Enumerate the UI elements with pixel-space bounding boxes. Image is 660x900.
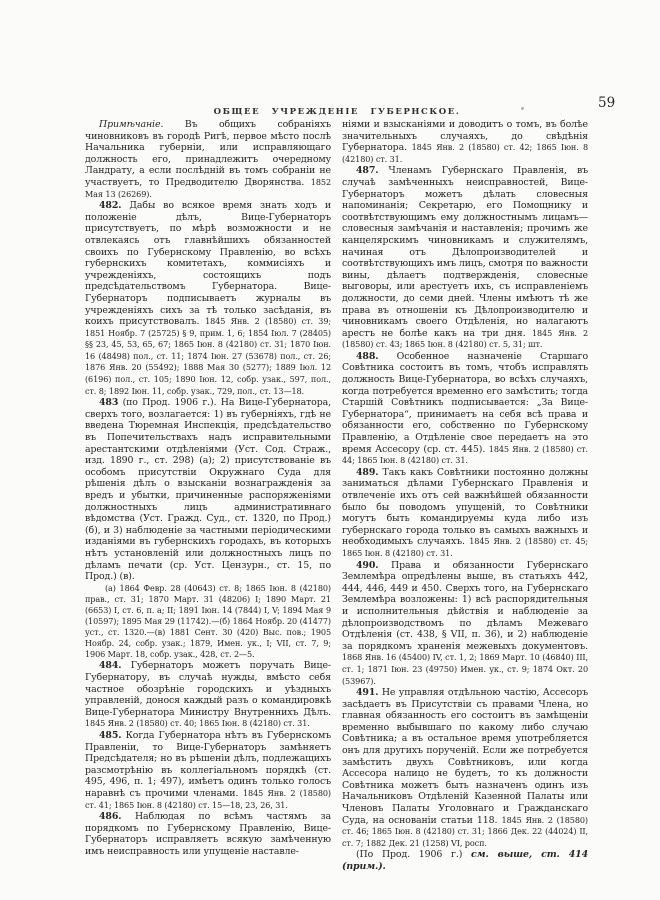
text-segment: Особенное назначеніе Старшаго Совѣтника …	[342, 351, 588, 455]
paragraph: (а) 1864 Февр. 28 (40643) ст. 8; 1865 Ію…	[85, 583, 331, 661]
paragraph: 486. Наблюдая по всѣмъ частямъ за порядк…	[85, 811, 331, 857]
paragraph: 485. Когда Губернатора нѣтъ въ Губернско…	[85, 730, 331, 811]
paragraph: 488. Особенное назначеніе Старшаго Совѣт…	[342, 351, 588, 467]
text-segment: 485.	[99, 730, 121, 741]
text-segment: 490.	[356, 560, 378, 571]
paragraph: ніями и взысканіями и доводитъ о томъ, в…	[342, 119, 588, 165]
text-segment: 488.	[356, 351, 378, 362]
text-segment: 486.	[99, 811, 121, 822]
text-segment: 491.	[356, 687, 378, 698]
text-segment: Дабы во всякое время знать ходъ и положе…	[85, 200, 331, 327]
text-segment: 1845 Янв. 2 (18580) ст. 39; 1851 Ноябр. …	[85, 316, 331, 396]
page-number: 59	[598, 95, 615, 111]
paragraph: 489. Такъ какъ Совѣтники постоянно должн…	[342, 467, 588, 560]
paragraph: 491. Не управляя отдѣльною частію, Ассес…	[342, 687, 588, 849]
text-columns: Примѣчаніе. Въ общихъ собраніяхъ чиновни…	[85, 119, 589, 883]
text-segment: (По Прод. 1906 г.)	[356, 849, 471, 860]
text-segment: Такъ какъ Совѣтники постоянно должны зан…	[342, 467, 588, 548]
right-column: ніями и взысканіями и доводитъ о томъ, в…	[342, 119, 588, 883]
text-segment: 482.	[99, 200, 121, 211]
scan-speck	[521, 107, 524, 110]
text-segment: Примѣчаніе.	[99, 119, 163, 130]
text-segment: 487.	[356, 165, 378, 176]
text-segment: (по Прод. 1906 г.). На Вице-Губернатора,…	[85, 397, 331, 582]
text-segment: Не управляя отдѣльною частію, Ассесоръ з…	[342, 687, 588, 826]
paragraph: 483 (по Прод. 1906 г.). На Вице-Губернат…	[85, 397, 331, 583]
text-segment: 489.	[356, 467, 378, 478]
paragraph: (По Прод. 1906 г.) см. выше, ст. 414 (пр…	[342, 849, 588, 872]
text-segment: (а) 1864 Февр. 28 (40643) ст. 8; 1865 Ію…	[85, 583, 331, 660]
document-page: ОБЩЕЕ УЧРЕЖДЕНІЕ ГУБЕРНСКОЕ. 59 Примѣчан…	[0, 0, 660, 900]
running-title: ОБЩЕЕ УЧРЕЖДЕНІЕ ГУБЕРНСКОЕ.	[214, 107, 461, 117]
text-segment: Наблюдая по всѣмъ частямъ за порядкомъ п…	[85, 811, 331, 857]
text-segment: 1868 Янв. 16 (45400) IV, ст. 1, 2; 1869 …	[342, 652, 588, 685]
text-segment: Губернаторъ можетъ поручать Вице-Губерна…	[85, 660, 331, 717]
text-segment: Права и обязанности Губернскаго Землемѣр…	[342, 560, 588, 652]
paragraph: 484. Губернаторъ можетъ поручать Вице-Гу…	[85, 660, 331, 730]
running-head: ОБЩЕЕ УЧРЕЖДЕНІЕ ГУБЕРНСКОЕ.	[85, 99, 589, 118]
text-segment: Членамъ Губернскаго Правленія, въ случаѣ…	[342, 165, 588, 338]
paragraph: 487. Членамъ Губернскаго Правленія, въ с…	[342, 165, 588, 351]
paragraph: 490. Права и обязанности Губернскаго Зем…	[342, 560, 588, 688]
text-segment: 484.	[99, 660, 121, 671]
text-segment: 483	[99, 397, 118, 408]
left-column: Примѣчаніе. Въ общихъ собраніяхъ чиновни…	[85, 119, 331, 883]
text-segment: 1845 Янв. 2 (18580) ст. 40; 1865 Іюн. 8 …	[85, 718, 310, 728]
paragraph: 482. Дабы во всякое время знать ходъ и п…	[85, 200, 331, 397]
paragraph: Примѣчаніе. Въ общихъ собраніяхъ чиновни…	[85, 119, 331, 200]
